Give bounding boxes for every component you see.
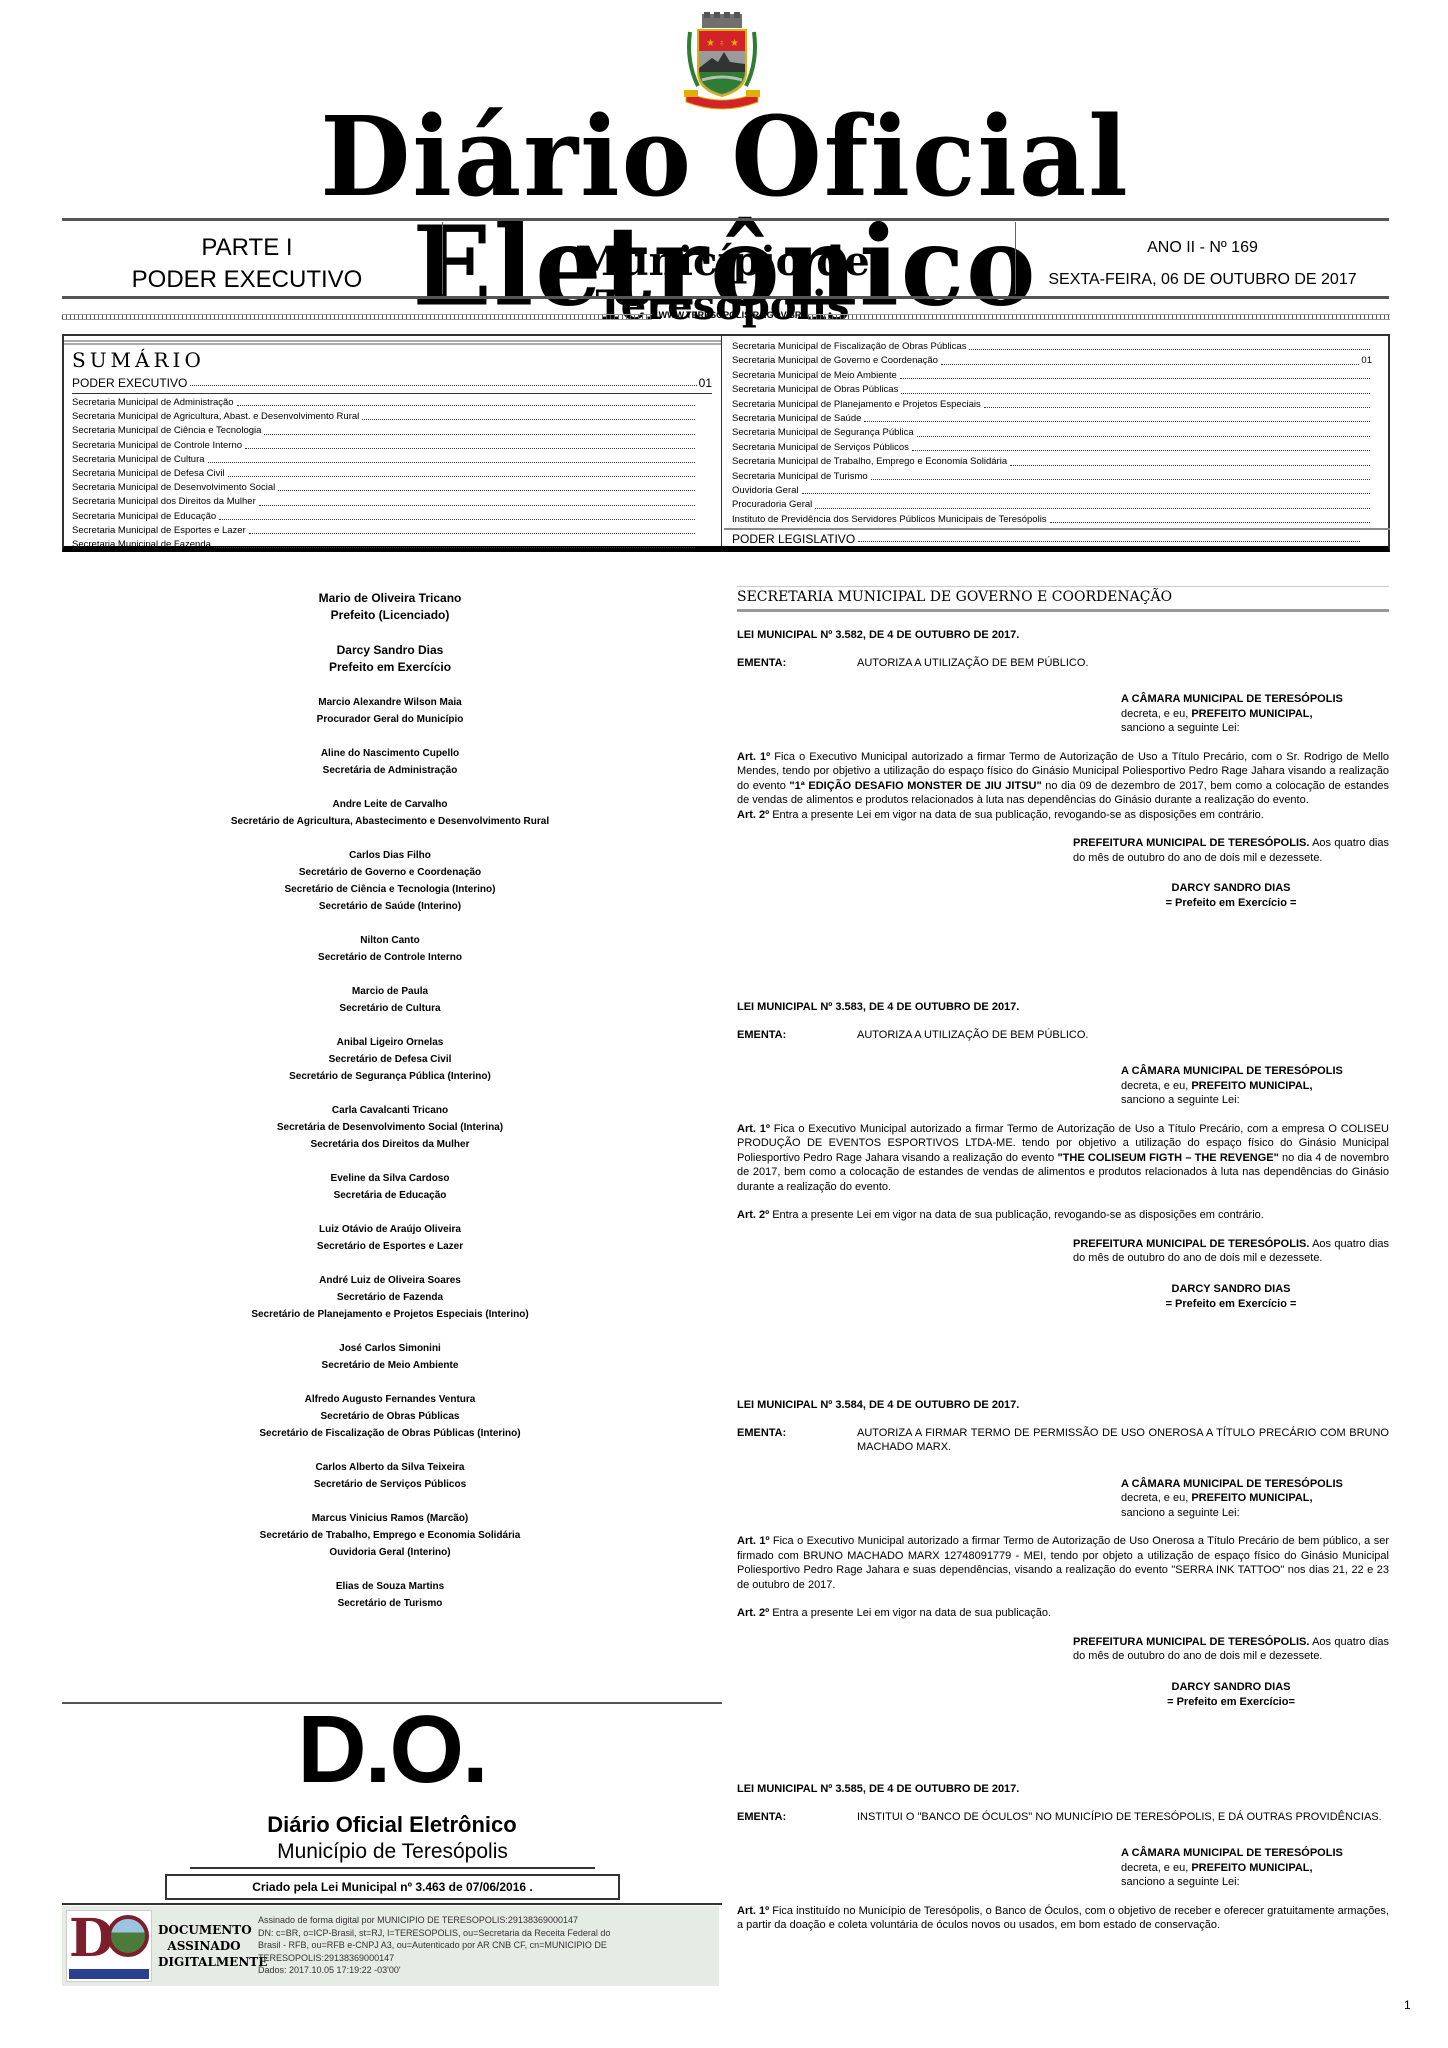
official-role: Secretário de Cultura (190, 1000, 590, 1017)
toc-item[interactable]: Ouvidoria Geral (732, 484, 1372, 498)
toc-label: Secretaria Municipal de Ciência e Tecnol… (72, 424, 261, 438)
official-name: Mario de Oliveira Tricano (190, 590, 590, 607)
toc-item[interactable]: Secretaria Municipal de Fiscalização de … (732, 340, 1372, 354)
decree-text: decreta, e eu, (1121, 708, 1188, 720)
toc-label: Secretaria Municipal de Fazenda (72, 538, 211, 552)
prefeito-label: PREFEITO MUNICIPAL, (1191, 1862, 1312, 1874)
toc-label: Secretaria Municipal de Meio Ambiente (732, 369, 897, 383)
article-text: Fica instituído no Município de Teresópo… (737, 1905, 1389, 1932)
official-name: Luiz Otávio de Araújo Oliveira (190, 1221, 590, 1238)
prefeito-label: PREFEITO MUNICIPAL, (1191, 1080, 1312, 1092)
toc-leader (264, 424, 695, 434)
ementa: EMENTA:INSTITUI O "BANCO DE ÓCULOS" NO M… (737, 1810, 1389, 1825)
official-role: Secretária de Educação (190, 1187, 590, 1204)
official-name: Alfredo Augusto Fernandes Ventura (190, 1391, 590, 1408)
toc-label: PODER EXECUTIVO (72, 376, 187, 390)
official-entry: Luiz Otávio de Araújo OliveiraSecretário… (190, 1221, 590, 1255)
sanction-text: sanciono a seguinte Lei: (1121, 1507, 1240, 1519)
edition-info: ANO II - Nº 169 SEXTA-FEIRA, 06 DE OUTUB… (1020, 232, 1385, 296)
ementa: EMENTA:AUTORIZA A FIRMAR TERMO DE PERMIS… (737, 1426, 1389, 1455)
toc-leader (815, 498, 1370, 508)
article: Art. 2º Entra a presente Lei em vigor na… (737, 808, 1389, 823)
official-role: Ouvidoria Geral (Interino) (190, 1544, 590, 1561)
official-role: Secretário de Serviços Públicos (190, 1476, 590, 1493)
svg-text:♁: ♁ (718, 38, 726, 49)
official-name: Darcy Sandro Dias (190, 642, 590, 659)
toc-page: 01 (699, 376, 712, 390)
part-number: PARTE I (62, 232, 432, 264)
sanction-text: sanciono a seguinte Lei: (1121, 1876, 1240, 1888)
stamp-line: DIGITALMENTE (158, 1954, 250, 1970)
official-role: Secretário de Esportes e Lazer (190, 1238, 590, 1255)
closing-clause: PREFEITURA MUNICIPAL DE TERESÓPOLIS. Aos… (1073, 836, 1389, 865)
toc-label: Secretaria Municipal de Saúde (732, 412, 861, 426)
sanction-text: sanciono a seguinte Lei: (1121, 1094, 1240, 1106)
toc-item[interactable]: Secretaria Municipal dos Direitos da Mul… (72, 495, 697, 509)
official-entry: Elias de Souza MartinsSecretário de Turi… (190, 1578, 590, 1612)
official-role: Procurador Geral do Município (190, 711, 590, 728)
website-link[interactable]: WWW.TERESOPOLIS.RJ.GOV.BR (640, 310, 820, 320)
toc-leader (259, 495, 695, 505)
svg-text:★: ★ (730, 38, 739, 49)
toc-label: PODER LEGISLATIVO (732, 532, 855, 546)
toc-item[interactable]: Secretaria Municipal de Controle Interno (72, 439, 697, 453)
official-role: Secretário de Governo e Coordenação (190, 864, 590, 881)
article: Art. 1º Fica o Executivo Municipal autor… (737, 750, 1389, 808)
toc-leader (941, 354, 1359, 364)
toc-label: Secretaria Municipal de Obras Públicas (732, 383, 898, 397)
signature-line: DN: c=BR, o=ICP-Brasil, st=RJ, l=TERESOP… (258, 1927, 718, 1940)
toc-item[interactable]: Secretaria Municipal de Esportes e Lazer (72, 524, 697, 538)
camara-label: A CÂMARA MUNICIPAL DE TERESÓPOLIS (1121, 1478, 1343, 1490)
law-title: LEI MUNICIPAL Nº 3.584, DE 4 DE OUTUBRO … (737, 1398, 1389, 1413)
law-entry: LEI MUNICIPAL Nº 3.585, DE 4 DE OUTUBRO … (737, 1782, 1389, 1933)
prefeitura-label: PREFEITURA MUNICIPAL DE TERESÓPOLIS. (1073, 837, 1309, 849)
summary-left-column: SUMÁRIO PODER EXECUTIVO 01 Secretaria Mu… (64, 336, 722, 546)
article-text: Entra a presente Lei em vigor na data de… (772, 1607, 1051, 1619)
toc-leader (900, 369, 1370, 379)
official-entry: Aline do Nascimento CupelloSecretária de… (190, 745, 590, 779)
law-entry: LEI MUNICIPAL Nº 3.584, DE 4 DE OUTUBRO … (737, 1398, 1389, 1710)
toc-label: Secretaria Municipal de Trabalho, Empreg… (732, 455, 1007, 469)
signer-role: = Prefeito em Exercício = (1073, 1297, 1389, 1312)
toc-item[interactable]: Secretaria Municipal de Educação (72, 510, 697, 524)
official-role: Secretária de Desenvolvimento Social (In… (190, 1119, 590, 1136)
closing-clause: PREFEITURA MUNICIPAL DE TERESÓPOLIS. Aos… (1073, 1635, 1389, 1664)
toc-item[interactable]: Secretaria Municipal de Agricultura, Aba… (72, 410, 697, 424)
official-role: Secretária de Administração (190, 762, 590, 779)
toc-item[interactable]: Secretaria Municipal de Turismo (732, 470, 1372, 484)
toc-label: Secretaria Municipal de Educação (72, 510, 216, 524)
official-role: Secretário de Segurança Pública (Interin… (190, 1068, 590, 1085)
decree-text: decreta, e eu, (1121, 1862, 1188, 1874)
toc-leader (917, 426, 1370, 436)
toc-leader (362, 410, 695, 420)
toc-page: 01 (1361, 354, 1372, 368)
article-text: Entra a presente Lei em vigor na data de… (772, 1209, 1264, 1221)
camara-label: A CÂMARA MUNICIPAL DE TERESÓPOLIS (1121, 1065, 1343, 1077)
article-text: Entra a presente Lei em vigor na data de… (772, 809, 1264, 821)
toc-label: Secretaria Municipal de Segurança Públic… (732, 426, 914, 440)
toc-label: Secretaria Municipal de Governo e Coorde… (732, 354, 938, 368)
ementa-text: INSTITUI O "BANCO DE ÓCULOS" NO MUNICÍPI… (857, 1810, 1389, 1825)
official-role: Secretário de Defesa Civil (190, 1051, 590, 1068)
official-role: Secretário de Trabalho, Emprego e Econom… (190, 1527, 590, 1544)
toc-label: Procuradoria Geral (732, 498, 812, 512)
toc-label: Secretaria Municipal de Esportes e Lazer (72, 524, 246, 538)
toc-label: Secretaria Municipal de Fiscalização de … (732, 340, 966, 354)
masthead-rule-top (62, 218, 1389, 221)
official-role: Secretário de Agricultura, Abastecimento… (190, 813, 590, 830)
divider (62, 1903, 722, 1905)
signer-block: DARCY SANDRO DIAS= Prefeito em Exercício… (1073, 1680, 1389, 1710)
enactment-clause: A CÂMARA MUNICIPAL DE TERESÓPOLISdecreta… (1121, 1477, 1389, 1521)
official-entry: Carla Cavalcanti TricanoSecretária de De… (190, 1102, 590, 1153)
official-entry: Nilton CantoSecretário de Controle Inter… (190, 932, 590, 966)
official-name: Andre Leite de Carvalho (190, 796, 590, 813)
article-emphasis: "1ª EDIÇÃO DESAFIO MONSTER DE JIU JITSU" (789, 780, 1041, 792)
prefeitura-label: PREFEITURA MUNICIPAL DE TERESÓPOLIS. (1073, 1636, 1309, 1648)
official-entry: Marcio de PaulaSecretário de Cultura (190, 983, 590, 1017)
article: Art. 2º Entra a presente Lei em vigor na… (737, 1208, 1389, 1223)
official-entry: Marcus Vinicius Ramos (Marcão)Secretário… (190, 1510, 590, 1561)
toc-executive[interactable]: PODER EXECUTIVO 01 (72, 376, 712, 394)
branch-label: PODER EXECUTIVO (62, 264, 432, 296)
ornamental-border (62, 314, 652, 320)
law-title: LEI MUNICIPAL Nº 3.583, DE 4 DE OUTUBRO … (737, 1000, 1389, 1015)
official-entry: Andre Leite de CarvalhoSecretário de Agr… (190, 796, 590, 830)
enactment-clause: A CÂMARA MUNICIPAL DE TERESÓPOLISdecreta… (1121, 1846, 1389, 1890)
article-label: Art. 1º (737, 1123, 770, 1135)
signature-line: Dados: 2017.10.05 17:19:22 -03'00' (258, 1964, 718, 1977)
camara-label: A CÂMARA MUNICIPAL DE TERESÓPOLIS (1121, 1847, 1343, 1859)
official-name: Anibal Ligeiro Ornelas (190, 1034, 590, 1051)
enactment-clause: A CÂMARA MUNICIPAL DE TERESÓPOLISdecreta… (1121, 1064, 1389, 1108)
edition-date: SEXTA-FEIRA, 06 DE OUTUBRO DE 2017 (1020, 264, 1385, 296)
official-name: José Carlos Simonini (190, 1340, 590, 1357)
toc-label: Instituto de Previdência dos Servidores … (732, 513, 1047, 527)
official-name: Marcio Alexandre Wilson Maia (190, 694, 590, 711)
toc-leader (912, 441, 1370, 451)
official-name: Elias de Souza Martins (190, 1578, 590, 1595)
signer-block: DARCY SANDRO DIAS= Prefeito em Exercício… (1073, 1282, 1389, 1312)
toc-list-right: Secretaria Municipal de Fiscalização de … (732, 340, 1372, 527)
official-role: Secretário de Planejamento e Projetos Es… (190, 1306, 590, 1323)
toc-leader (984, 398, 1370, 408)
official-name: Nilton Canto (190, 932, 590, 949)
stamp-line: ASSINADO (158, 1938, 250, 1954)
toc-item[interactable]: Secretaria Municipal de Administração (72, 396, 697, 410)
article: Art. 1º Fica o Executivo Municipal autor… (737, 1122, 1389, 1195)
toc-leader (249, 524, 695, 534)
ementa-text: AUTORIZA A FIRMAR TERMO DE PERMISSÃO DE … (857, 1426, 1389, 1455)
summary-box: SUMÁRIO PODER EXECUTIVO 01 Secretaria Mu… (62, 334, 1390, 552)
article-label: Art. 1º (737, 1535, 769, 1547)
signed-stamp: DOCUMENTOASSINADODIGITALMENTE (158, 1922, 250, 1970)
ementa-label: EMENTA: (737, 656, 857, 671)
stamp-line: DOCUMENTO (158, 1922, 250, 1938)
summary-title: SUMÁRIO (72, 348, 205, 372)
ementa-text: AUTORIZA A UTILIZAÇÃO DE BEM PÚBLICO. (857, 656, 1389, 671)
toc-leader (1010, 455, 1370, 465)
decree-text: decreta, e eu, (1121, 1080, 1188, 1092)
toc-item[interactable]: Secretaria Municipal de Defesa Civil (72, 467, 697, 481)
decree-text: decreta, e eu, (1121, 1492, 1188, 1504)
edition-number: ANO II - Nº 169 (1020, 232, 1385, 264)
toc-leader (278, 481, 695, 491)
official-name: André Luiz de Oliveira Soares (190, 1272, 590, 1289)
toc-label: Ouvidoria Geral (732, 484, 799, 498)
signer-role: = Prefeito em Exercício= (1073, 1695, 1389, 1710)
law-title: LEI MUNICIPAL Nº 3.582, DE 4 DE OUTUBRO … (737, 628, 1389, 643)
toc-item[interactable]: Secretaria Municipal de Planejamento e P… (732, 398, 1372, 412)
do-subtitle: Município de Teresópolis (190, 1840, 595, 1869)
toc-item[interactable]: Procuradoria Geral (732, 498, 1372, 512)
law-entry: LEI MUNICIPAL Nº 3.583, DE 4 DE OUTUBRO … (737, 1000, 1389, 1312)
signer-role: = Prefeito em Exercício = (1073, 896, 1389, 911)
toc-leader (208, 453, 695, 463)
sanction-text: sanciono a seguinte Lei: (1121, 722, 1240, 734)
official-name: Carlos Dias Filho (190, 847, 590, 864)
toc-leader (190, 376, 696, 386)
official-name: Marcio de Paula (190, 983, 590, 1000)
toc-item[interactable]: Secretaria Municipal de Trabalho, Empreg… (732, 455, 1372, 469)
toc-label: Secretaria Municipal de Controle Interno (72, 439, 242, 453)
officials-list: Mario de Oliveira TricanoPrefeito (Licen… (190, 590, 590, 1629)
toc-list-left: Secretaria Municipal de AdministraçãoSec… (72, 396, 697, 552)
toc-item[interactable]: Secretaria Municipal de Fazenda (72, 538, 697, 552)
law-entry: LEI MUNICIPAL Nº 3.582, DE 4 DE OUTUBRO … (737, 628, 1389, 911)
toc-item[interactable]: Secretaria Municipal de Cultura (72, 453, 697, 467)
article-text: Fica o Executivo Municipal autorizado a … (737, 1535, 1389, 1591)
official-name: Carlos Alberto da Silva Teixeira (190, 1459, 590, 1476)
toc-item[interactable]: Secretaria Municipal de Ciência e Tecnol… (72, 424, 697, 438)
article: Art. 2º Entra a presente Lei em vigor na… (737, 1606, 1389, 1621)
toc-leader (871, 470, 1370, 480)
article-label: Art. 2º (737, 1607, 769, 1619)
signer-block: DARCY SANDRO DIAS= Prefeito em Exercício… (1073, 881, 1389, 911)
official-role: Secretário de Fiscalização de Obras Públ… (190, 1425, 590, 1442)
ementa-label: EMENTA: (737, 1810, 857, 1825)
official-name: Eveline da Silva Cardoso (190, 1170, 590, 1187)
official-role: Secretário de Obras Públicas (190, 1408, 590, 1425)
signature-line: Brasil - RFB, ou=RFB e-CNPJ A3, ou=Auten… (258, 1939, 718, 1952)
signature-line: TERESOPOLIS:29138369000147 (258, 1952, 718, 1965)
official-role: Secretário de Turismo (190, 1595, 590, 1612)
do-logo-text: D.O. (62, 1700, 722, 1800)
ementa-label: EMENTA: (737, 1426, 857, 1455)
article-label: Art. 1º (737, 751, 770, 763)
toc-item[interactable]: Secretaria Municipal de Desenvolvimento … (72, 481, 697, 495)
toc-item[interactable]: Secretaria Municipal de Segurança Públic… (732, 426, 1372, 440)
official-entry: Alfredo Augusto Fernandes VenturaSecretá… (190, 1391, 590, 1442)
official-entry: Carlos Alberto da Silva TeixeiraSecretár… (190, 1459, 590, 1493)
toc-label: Secretaria Municipal de Turismo (732, 470, 868, 484)
page-number: 1 (1404, 1998, 1411, 2012)
article-emphasis: "THE COLISEUM FIGTH – THE REVENGE" (1057, 1152, 1278, 1164)
signature-details: Assinado de forma digital por MUNICIPIO … (258, 1914, 718, 1977)
closing-clause: PREFEITURA MUNICIPAL DE TERESÓPOLIS. Aos… (1073, 1237, 1389, 1266)
svg-text:★: ★ (706, 38, 715, 49)
toc-leader (802, 484, 1370, 494)
signer-name: DARCY SANDRO DIAS (1073, 1282, 1389, 1297)
prefeito-label: PREFEITO MUNICIPAL, (1191, 708, 1312, 720)
toc-label: Secretaria Municipal dos Direitos da Mul… (72, 495, 256, 509)
divider (724, 528, 1390, 530)
toc-leader (237, 396, 695, 406)
toc-leader (219, 510, 695, 520)
digital-signature-box: D DOCUMENTOASSINADODIGITALMENTE Assinado… (62, 1906, 719, 1986)
ementa: EMENTA:AUTORIZA A UTILIZAÇÃO DE BEM PÚBL… (737, 1028, 1389, 1043)
toc-item[interactable]: Secretaria Municipal de Governo e Coorde… (732, 354, 1372, 368)
official-entry: Mario de Oliveira TricanoPrefeito (Licen… (190, 590, 590, 624)
official-entry: José Carlos SimoniniSecretário de Meio A… (190, 1340, 590, 1374)
part-label: PARTE I PODER EXECUTIVO (62, 232, 432, 296)
official-entry: Eveline da Silva CardosoSecretária de Ed… (190, 1170, 590, 1204)
toc-leader (969, 340, 1370, 350)
ornamental-border (808, 314, 1390, 320)
toc-item[interactable]: Secretaria Municipal de Saúde (732, 412, 1372, 426)
official-role: Secretário de Controle Interno (190, 949, 590, 966)
toc-item[interactable]: Secretaria Municipal de Serviços Público… (732, 441, 1372, 455)
ementa-label: EMENTA: (737, 1028, 857, 1043)
toc-label: Secretaria Municipal de Desenvolvimento … (72, 481, 275, 495)
official-name: Marcus Vinicius Ramos (Marcão) (190, 1510, 590, 1527)
enactment-clause: A CÂMARA MUNICIPAL DE TERESÓPOLISdecreta… (1121, 692, 1389, 736)
toc-label: Secretaria Municipal de Administração (72, 396, 234, 410)
official-role: Prefeito (Licenciado) (190, 607, 590, 624)
toc-label: Secretaria Municipal de Planejamento e P… (732, 398, 981, 412)
article: Art. 1º Fica instituído no Município de … (737, 1904, 1389, 1933)
article-label: Art. 2º (737, 809, 769, 821)
section-title: SECRETARIA MUNICIPAL DE GOVERNO E COORDE… (737, 586, 1389, 612)
article: Art. 1º Fica o Executivo Municipal autor… (737, 1534, 1389, 1592)
toc-label: Secretaria Municipal de Defesa Civil (72, 467, 225, 481)
article-label: Art. 2º (737, 1209, 769, 1221)
official-entry: Carlos Dias FilhoSecretário de Governo e… (190, 847, 590, 915)
toc-legislative[interactable]: PODER LEGISLATIVO (732, 532, 1362, 546)
toc-leader (245, 439, 695, 449)
toc-item[interactable]: Secretaria Municipal de Meio Ambiente (732, 369, 1372, 383)
signer-name: DARCY SANDRO DIAS (1073, 1680, 1389, 1695)
ementa-text: AUTORIZA A UTILIZAÇÃO DE BEM PÚBLICO. (857, 1028, 1389, 1043)
official-entry: Darcy Sandro DiasPrefeito em Exercício (190, 642, 590, 676)
official-role: Secretária dos Direitos da Mulher (190, 1136, 590, 1153)
toc-label: Secretaria Municipal de Serviços Público… (732, 441, 909, 455)
signature-line: Assinado de forma digital por MUNICIPIO … (258, 1914, 718, 1927)
official-name: Aline do Nascimento Cupello (190, 745, 590, 762)
ementa: EMENTA:AUTORIZA A UTILIZAÇÃO DE BEM PÚBL… (737, 656, 1389, 671)
toc-leader (901, 383, 1370, 393)
official-role: Prefeito em Exercício (190, 659, 590, 676)
signer-name: DARCY SANDRO DIAS (1073, 881, 1389, 896)
toc-leader (228, 467, 695, 477)
official-role: Secretário de Ciência e Tecnologia (Inte… (190, 881, 590, 898)
prefeito-label: PREFEITO MUNICIPAL, (1191, 1492, 1312, 1504)
toc-label: Secretaria Municipal de Agricultura, Aba… (72, 410, 359, 424)
masthead-divider (1015, 222, 1016, 294)
toc-leader (864, 412, 1370, 422)
toc-item[interactable]: Instituto de Previdência dos Servidores … (732, 513, 1372, 527)
toc-item[interactable]: Secretaria Municipal de Obras Públicas (732, 383, 1372, 397)
official-name: Carla Cavalcanti Tricano (190, 1102, 590, 1119)
article-label: Art. 1º (737, 1905, 769, 1917)
camara-label: A CÂMARA MUNICIPAL DE TERESÓPOLIS (1121, 693, 1343, 705)
do-created-by: Criado pela Lei Municipal nº 3.463 de 07… (165, 1874, 620, 1900)
official-role: Secretário de Saúde (Interino) (190, 898, 590, 915)
official-entry: Anibal Ligeiro OrnelasSecretário de Defe… (190, 1034, 590, 1085)
masthead-divider (442, 222, 443, 294)
official-entry: Marcio Alexandre Wilson MaiaProcurador G… (190, 694, 590, 728)
toc-label: Secretaria Municipal de Cultura (72, 453, 205, 467)
masthead-rule-bottom (62, 296, 1389, 299)
do-title: Diário Oficial Eletrônico (62, 1812, 722, 1838)
prefeitura-label: PREFEITURA MUNICIPAL DE TERESÓPOLIS. (1073, 1238, 1309, 1250)
law-title: LEI MUNICIPAL Nº 3.585, DE 4 DE OUTUBRO … (737, 1782, 1389, 1797)
double-rule (64, 340, 721, 345)
official-role: Secretário de Meio Ambiente (190, 1357, 590, 1374)
do-seal-icon: D (66, 1910, 152, 1982)
official-role: Secretário de Fazenda (190, 1289, 590, 1306)
toc-leader (1050, 513, 1370, 523)
toc-leader (214, 538, 695, 548)
toc-leader (858, 532, 1360, 542)
official-entry: André Luiz de Oliveira SoaresSecretário … (190, 1272, 590, 1323)
